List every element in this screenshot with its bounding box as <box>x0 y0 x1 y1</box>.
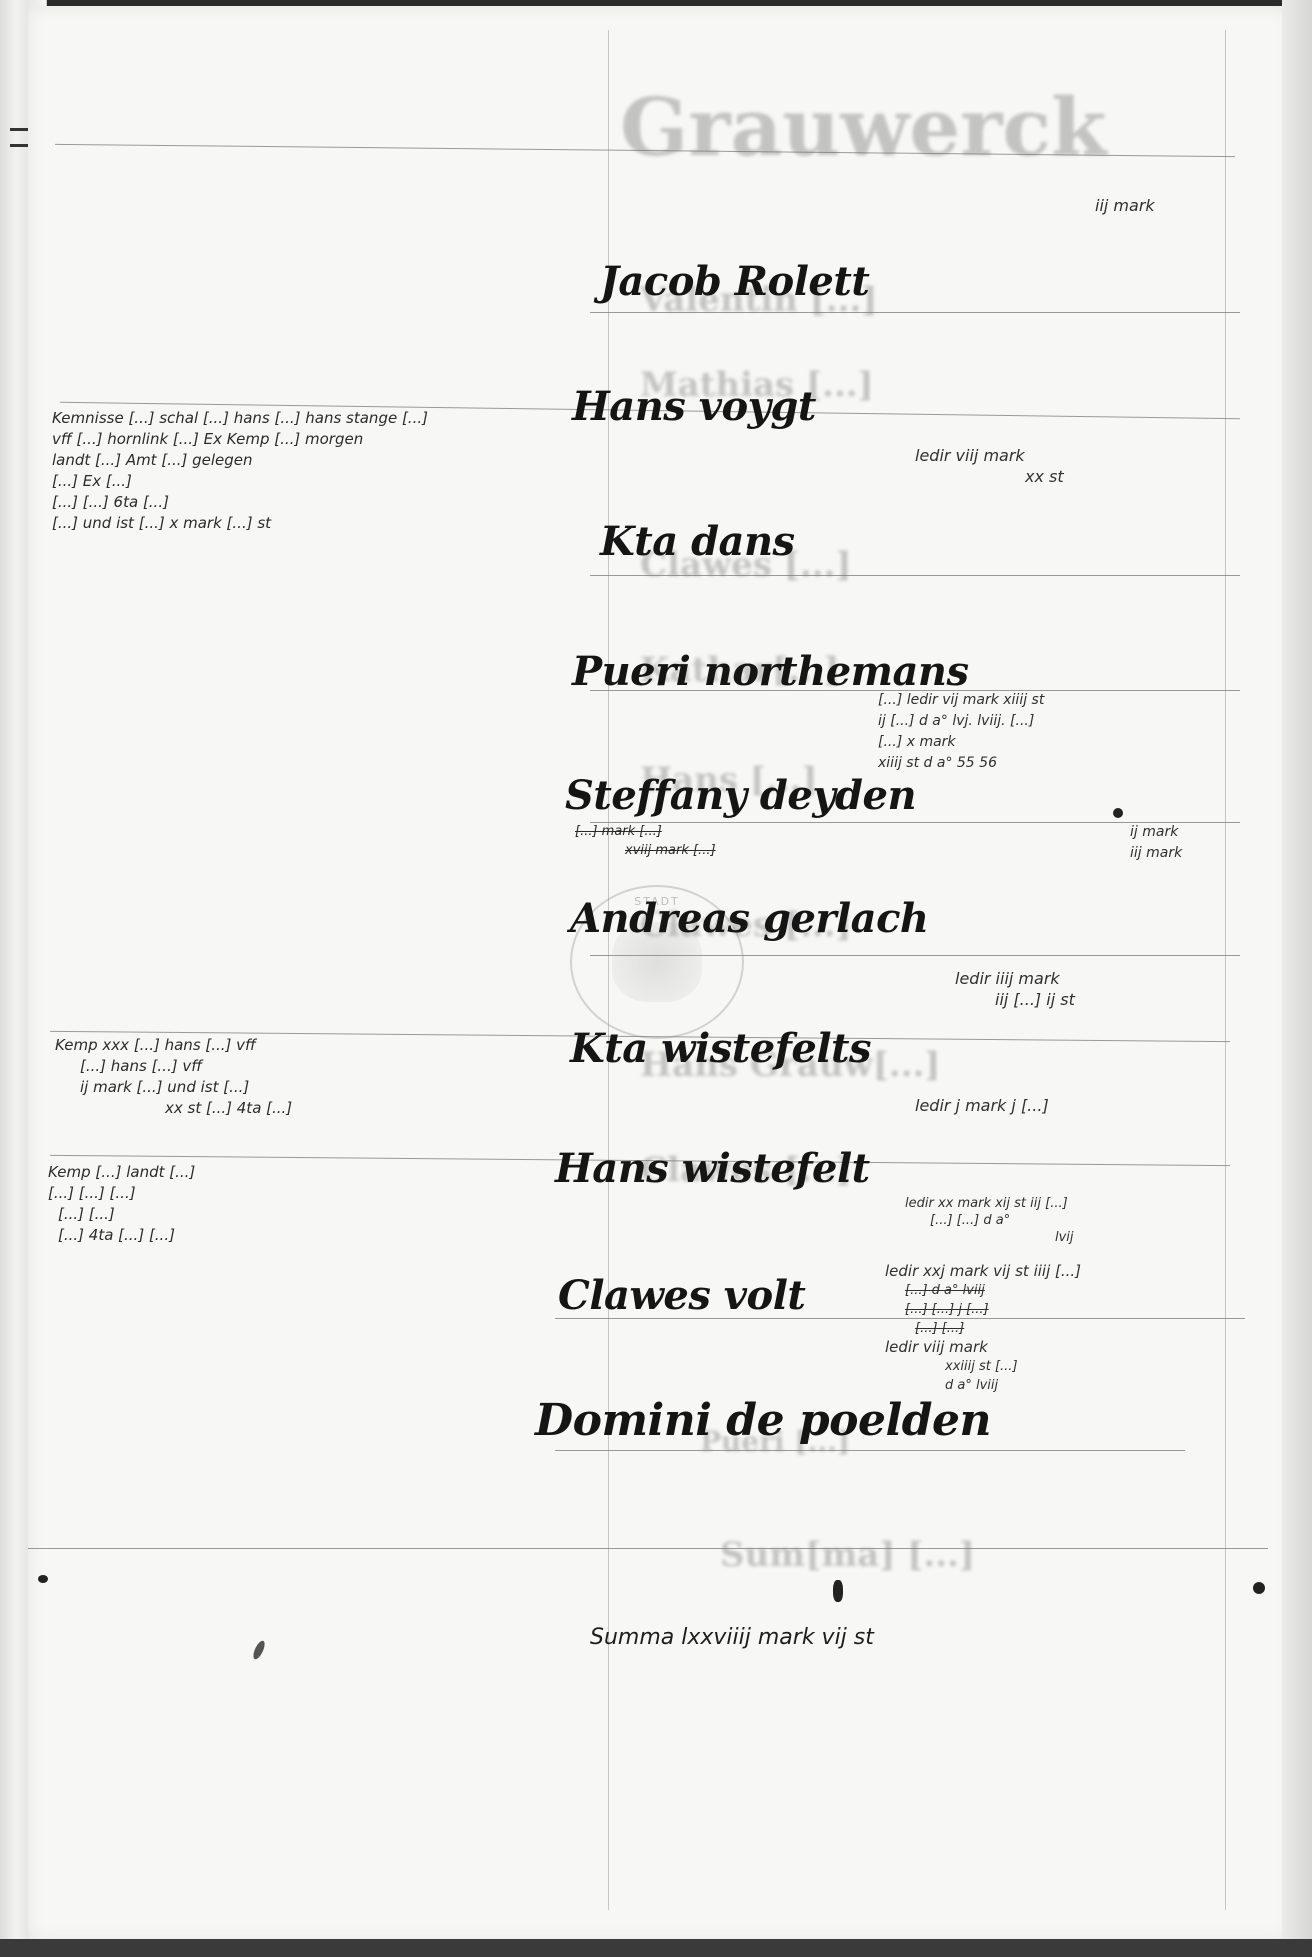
page-bottom-edge <box>0 1939 1312 1957</box>
bleed-through-line: Sum[ma] [...] <box>720 1535 975 1575</box>
right-annotation: ledir xx mark xij st iij [...] [...] [..… <box>905 1195 1074 1246</box>
left-annotation: Kemp [...] landt [...] [...] [...] [...]… <box>48 1162 195 1246</box>
right-annotation: ledir xxj mark vij st iiij [...] [...] d… <box>885 1262 1081 1395</box>
ink-blot <box>1253 1582 1265 1594</box>
right-annotation: ledir iiij mark iij [...] ij st <box>955 968 1075 1010</box>
right-annotation: ledir j mark j [...] <box>915 1095 1049 1116</box>
entry-name: Hans wistefelt <box>555 1145 870 1192</box>
entry-name: Kta wistefelts <box>570 1025 871 1072</box>
ruled-line <box>590 312 1240 313</box>
ink-blot <box>1113 808 1123 818</box>
right-annotation: ledir viij mark xx st <box>915 445 1064 487</box>
struck-annotation: [...] mark [...] xviij mark [...] <box>575 822 716 860</box>
summa-total: Summa lxxviiij mark vij st <box>590 1625 874 1650</box>
entry-name: Steffany deyden <box>565 772 916 819</box>
ruled-line <box>590 575 1240 576</box>
right-annotation: ij mark iij mark <box>1130 822 1182 864</box>
entry-name: Jacob Rolett <box>600 258 869 305</box>
entry-name: Clawes volt <box>558 1272 805 1319</box>
entry-name: Kta dans <box>600 518 795 565</box>
entry-name: Andreas gerlach <box>570 895 929 942</box>
ruled-line <box>28 1548 1268 1549</box>
right-annotation: [...] ledir vij mark xiiij st ij [...] d… <box>878 690 1044 774</box>
ink-blot <box>833 1580 843 1602</box>
page-right-edge <box>1282 0 1312 1957</box>
bleed-through-heading: Grauwerck <box>620 80 1107 174</box>
ink-blot <box>38 1575 48 1583</box>
amount-note: iij mark <box>1095 195 1155 216</box>
entry-name: Domini de poelden <box>535 1395 991 1446</box>
ruled-line <box>555 1450 1185 1451</box>
left-annotation: Kemp xxx [...] hans [...] vff [...] hans… <box>55 1035 292 1119</box>
left-annotation: Kemnisse [...] schal [...] hans [...] ha… <box>52 408 428 534</box>
entry-name: Hans voygt <box>572 383 816 430</box>
entry-name: Pueri northemans <box>572 648 969 695</box>
